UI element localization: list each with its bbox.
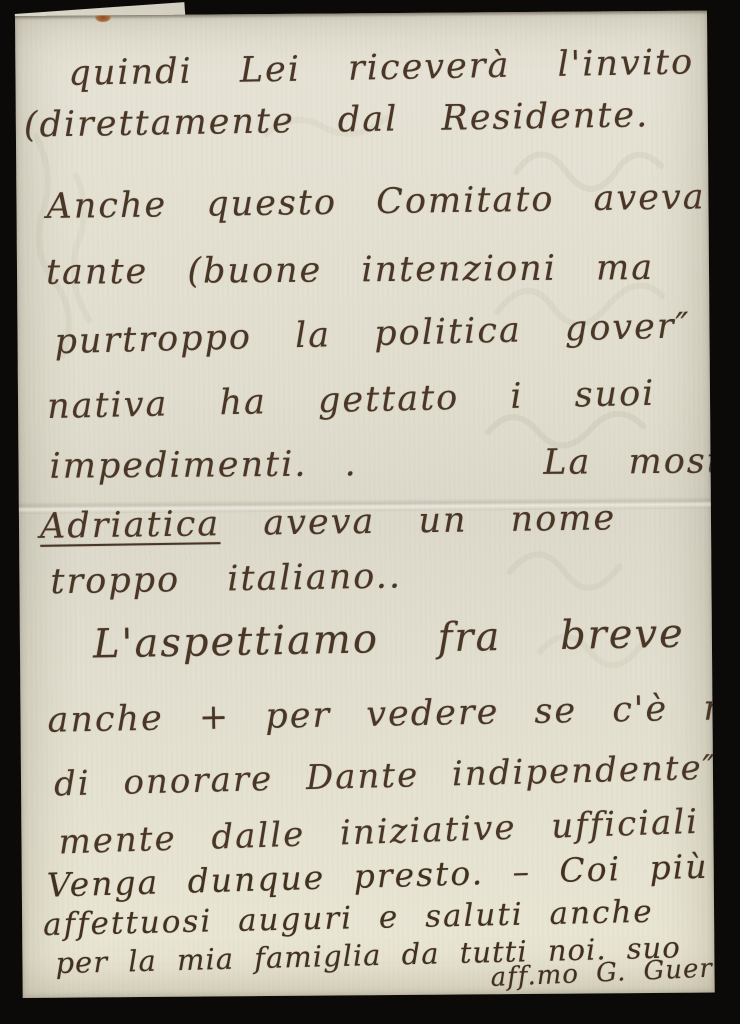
letter-line: Adriatica aveva un nome (40, 501, 617, 545)
letter-line: Anche questo Comitato aveva (46, 180, 706, 225)
letter-line-text: troppo italiano.. (50, 556, 402, 602)
letter-page: quindi Lei riceverà l'invito (direttamen… (15, 11, 715, 998)
letter-line-text: impedimenti. . La mostra (49, 441, 714, 487)
letter-line-text: tante (buone intenzioni ma (46, 248, 654, 293)
letter-line: impedimenti. . La mostra (49, 444, 714, 485)
letter-line: troppo italiano.. (50, 559, 402, 600)
letter-line-text: aveva un nome (220, 498, 617, 544)
letter-line: L'aspettiamo fra breve (93, 614, 686, 665)
letter-line: (direttamente dal Residente. (24, 98, 650, 143)
underlined-word: Adriatica (40, 504, 221, 547)
letter-line: tante (buone intenzioni ma (46, 251, 654, 291)
letter-photograph: quindi Lei riceverà l'invito (direttamen… (0, 0, 740, 1024)
